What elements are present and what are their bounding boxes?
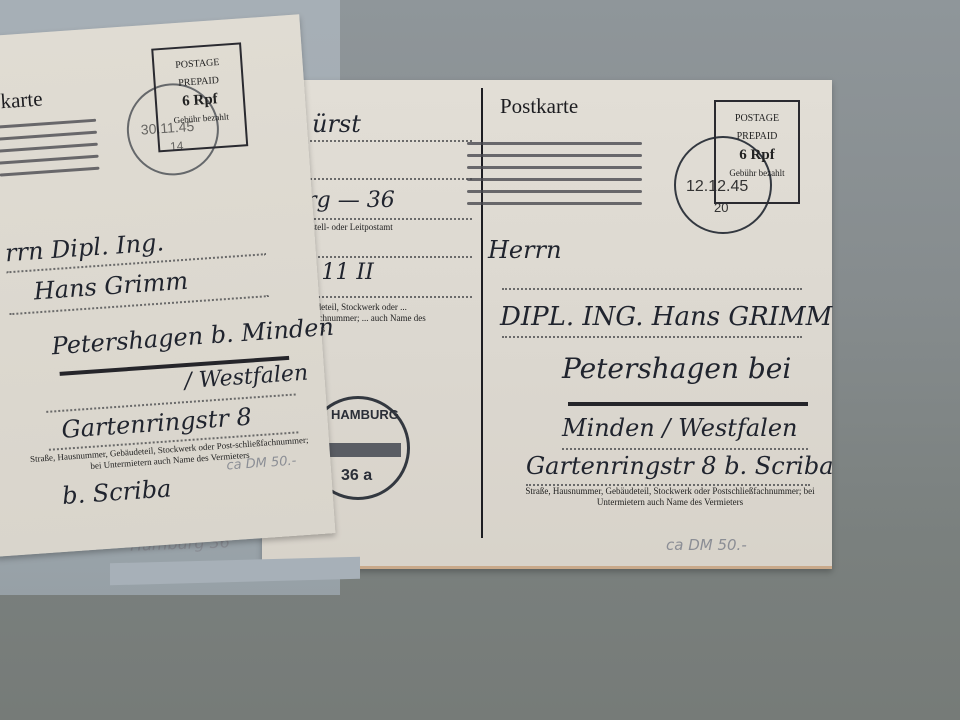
address-printed-hint: Straße, Hausnummer, Gebäudeteil, Stockwe…: [520, 486, 820, 508]
sender-line-1: ürst: [312, 110, 361, 138]
address-region: Minden / Westfalen: [562, 414, 797, 442]
postcard-title-partial: karte: [0, 86, 43, 114]
postcard-front: ürst urg — 36 nach Zustell- oder Leitpos…: [262, 80, 832, 569]
machine-cancel-wavy-lines: [0, 119, 100, 186]
postage-prepaid-box: POSTAGE PREPAID 6 Rpf Gebühr bezahlt: [714, 100, 800, 204]
address-dotted-line: [502, 288, 802, 290]
postcard-back: karte 30.11.45 14 POSTAGE PREPAID 6 Rpf …: [0, 14, 335, 556]
address-care-of: b. Scriba: [61, 474, 172, 510]
postcard-title: Postkarte: [500, 94, 578, 119]
address-dotted-line: [502, 336, 802, 338]
address-street: Gartenringstr 8 b. Scriba: [526, 452, 834, 480]
machine-cancel-wavy-lines: [467, 142, 642, 214]
address-name: DIPL. ING. Hans GRIMM: [500, 302, 832, 332]
address-salutation: Herrn: [488, 236, 562, 264]
address-dotted-line: [562, 448, 808, 450]
postage-prepaid-box: POSTAGE PREPAID 6 Rpf Gebühr bezahlt: [151, 42, 248, 152]
address-line-2: Hans Grimm: [33, 267, 189, 306]
sender-dotted-line: [282, 140, 472, 142]
address-city: Petershagen b. Minden: [51, 313, 335, 361]
pencil-price-note: ca DM 50.-: [666, 536, 747, 554]
address-city: Petershagen bei: [562, 352, 791, 385]
city-underline: [568, 402, 808, 406]
